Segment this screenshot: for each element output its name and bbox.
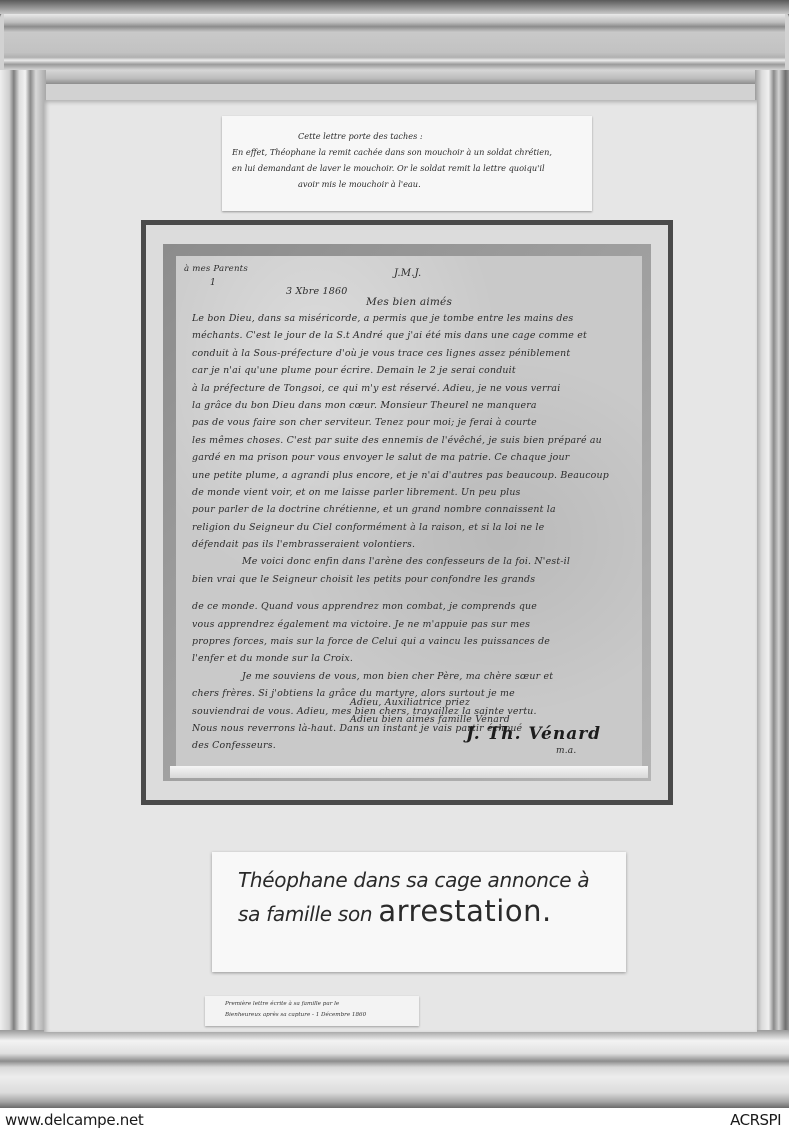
letter-line: l'enfer et du monde sur la Croix. [192,650,632,667]
caption-emphasis: arrestation. [378,894,551,928]
letter-line: bien vrai que le Seigneur choisit les pe… [192,571,632,588]
caption-prefix: sa famille son [238,902,378,926]
letter-line: de ce monde. Quand vous apprendrez mon c… [192,598,632,615]
letter-line: défendait pas ils l'embrasseraient volon… [192,536,632,553]
small-label-line: Première lettre écrite à sa famille par … [225,999,415,1010]
top-note-label: Cette lettre porte des taches : En effet… [222,116,592,211]
caption-line-1: Théophane dans sa cage annonce à [238,866,616,894]
frame-left-moulding [0,70,46,1060]
letter-header: J.M.J. [394,268,421,279]
letter-line: une petite plume, a agrandi plus encore,… [192,467,632,484]
frame-top-moulding [4,14,785,84]
source-watermark: www.delcampe.net [5,1111,144,1129]
top-note-line: en lui demandant de laver le mouchoir. O… [232,160,586,176]
frame-bottom-moulding [0,1030,789,1108]
letter-corner-mark: 1 [210,278,216,288]
letter-line: vous apprendrez également ma victoire. J… [192,616,632,633]
seller-watermark: ACRSPI [730,1111,781,1129]
letter-date: 3 Xbre 1860 [286,286,347,297]
letter-closing: Adieu, Auxiliatrice priez Adieu bien aim… [350,694,510,728]
letter-line: Me voici donc enfin dans l'arène des con… [192,553,632,570]
letter-salutation: Mes bien aimés [366,296,452,308]
caption-label: Théophane dans sa cage annonce à sa fami… [212,852,626,972]
letter-line: de monde vient voir, et on me laisse par… [192,484,632,501]
letter-line: pas de vous faire son cher serviteur. Te… [192,414,632,431]
caption-line-2: sa famille son arrestation. [238,894,616,931]
letter-line: Le bon Dieu, dans sa miséricorde, a perm… [192,310,632,327]
letter-body: Le bon Dieu, dans sa miséricorde, a perm… [192,310,632,755]
photograph: Cette lettre porte des taches : En effet… [0,0,789,1108]
letter-line: les mêmes choses. C'est par suite des en… [192,432,632,449]
top-note-heading: Cette lettre porte des taches : [232,128,586,144]
letter-line: pour parler de la doctrine chrétienne, e… [192,501,632,518]
frame-right-moulding [755,70,789,1060]
letter-line: à la préfecture de Tongsoi, ce qui m'y e… [192,380,632,397]
letter-line: méchants. C'est le jour de la S.t André … [192,327,632,344]
small-label-line: Bienheureux après sa capture - 1 Décembr… [225,1010,415,1021]
letter-line: car je n'ai qu'une plume pour écrire. De… [192,362,632,379]
letter-signature: J. Th. Vénard [466,724,601,744]
top-note-line: En effet, Théophane la remit cachée dans… [232,144,586,160]
letter-line: gardé en ma prison pour vous envoyer le … [192,449,632,466]
top-note-line: avoir mis le mouchoir à l'eau. [232,176,586,192]
mat-bottom-bevel [170,766,648,778]
letter-line: propres forces, mais sur la force de Cel… [192,633,632,650]
handwritten-letter: à mes Parents 1 J.M.J. 3 Xbre 1860 Mes b… [176,256,642,768]
letter-line: Je me souviens de vous, mon bien cher Pè… [192,668,632,685]
frame-top-edge [0,0,789,14]
small-label: Première lettre écrite à sa famille par … [205,996,419,1026]
letter-line: religion du Seigneur du Ciel conformémen… [192,519,632,536]
letter-line: la grâce du bon Dieu dans mon cœur. Mons… [192,397,632,414]
closing-line: Adieu, Auxiliatrice priez [350,694,510,711]
signature-suffix: m.a. [556,746,576,756]
letter-corner-note: à mes Parents [184,264,248,274]
watermark-bar: www.delcampe.net ACRSPI [0,1108,789,1132]
letter-line: conduit à la Sous-préfecture d'où je vou… [192,345,632,362]
